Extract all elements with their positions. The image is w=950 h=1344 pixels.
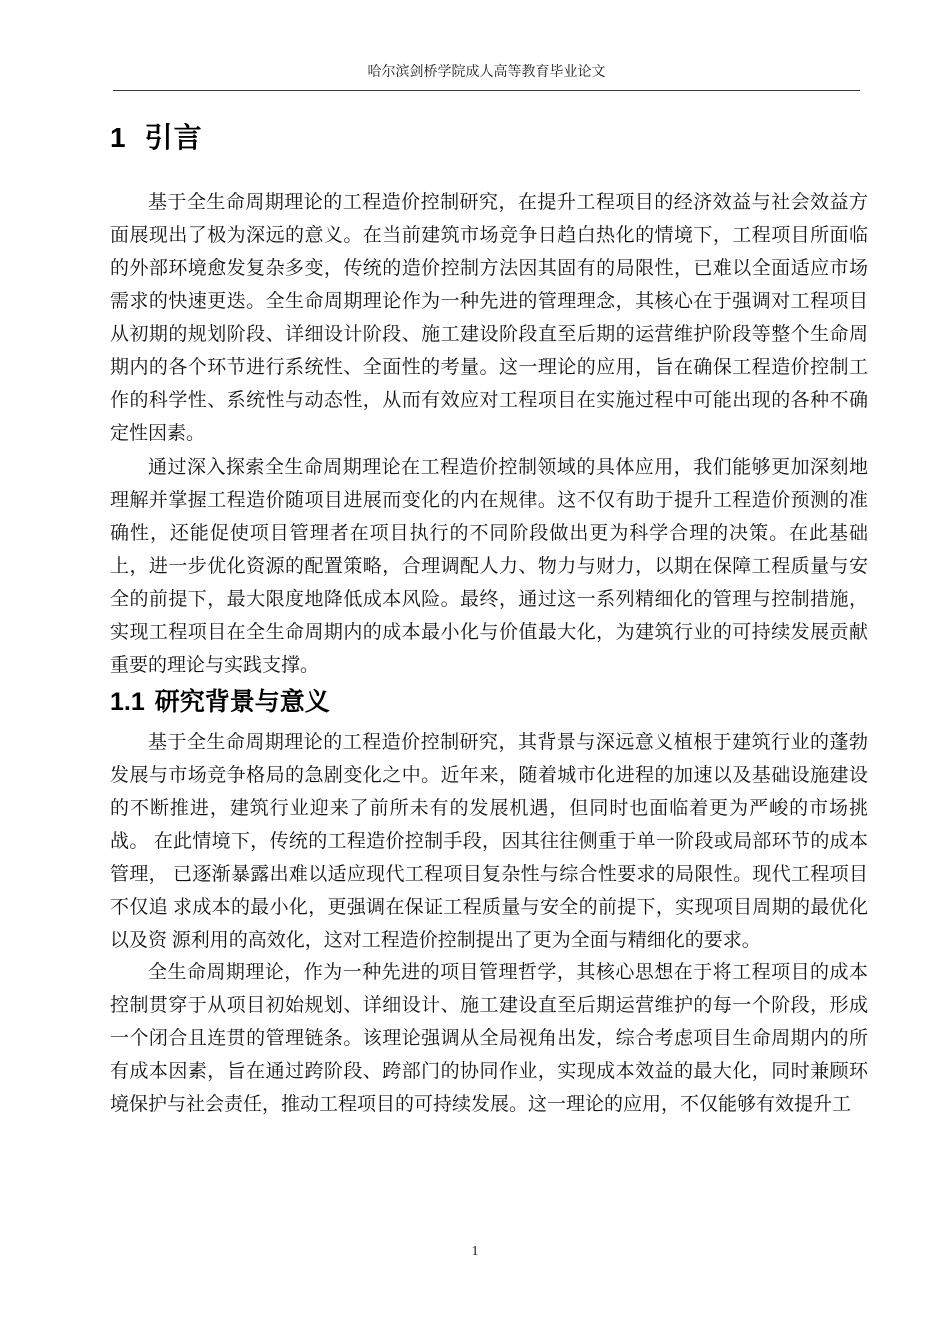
page-number: 1 — [472, 1244, 479, 1259]
paragraph-intro-1: 基于全生命周期理论的工程造价控制研究，在提升工程项目的经济效益与社会效益方面展现… — [110, 186, 868, 450]
chapter-heading: 1引言 — [110, 116, 203, 156]
paragraph-background-1: 基于全生命周期理论的工程造价控制研究，其背景与深远意义植根于建筑行业的蓬勃发展与… — [110, 726, 868, 957]
thesis-page: 哈尔滨剑桥学院成人高等教育毕业论文 1引言 基于全生命周期理论的工程造价控制研究… — [0, 0, 950, 1344]
chapter-title: 引言 — [145, 122, 203, 153]
section-heading: 1.1研究背景与意义 — [110, 682, 330, 718]
header-title: 哈尔滨剑桥学院成人高等教育毕业论文 — [368, 65, 606, 80]
page-header: 哈尔滨剑桥学院成人高等教育毕业论文 — [113, 61, 860, 91]
section-number: 1.1 — [110, 688, 145, 716]
paragraph-background-2: 全生命周期理论，作为一种先进的项目管理哲学，其核心思想在于将工程项目的成本控制贯… — [110, 956, 868, 1121]
paragraph-intro-2: 通过深入探索全生命周期理论在工程造价控制领域的具体应用，我们能够更加深刻地理解并… — [110, 451, 868, 682]
page-footer: 1 — [0, 1244, 950, 1260]
chapter-number: 1 — [110, 122, 127, 153]
section-title: 研究背景与意义 — [155, 688, 330, 716]
